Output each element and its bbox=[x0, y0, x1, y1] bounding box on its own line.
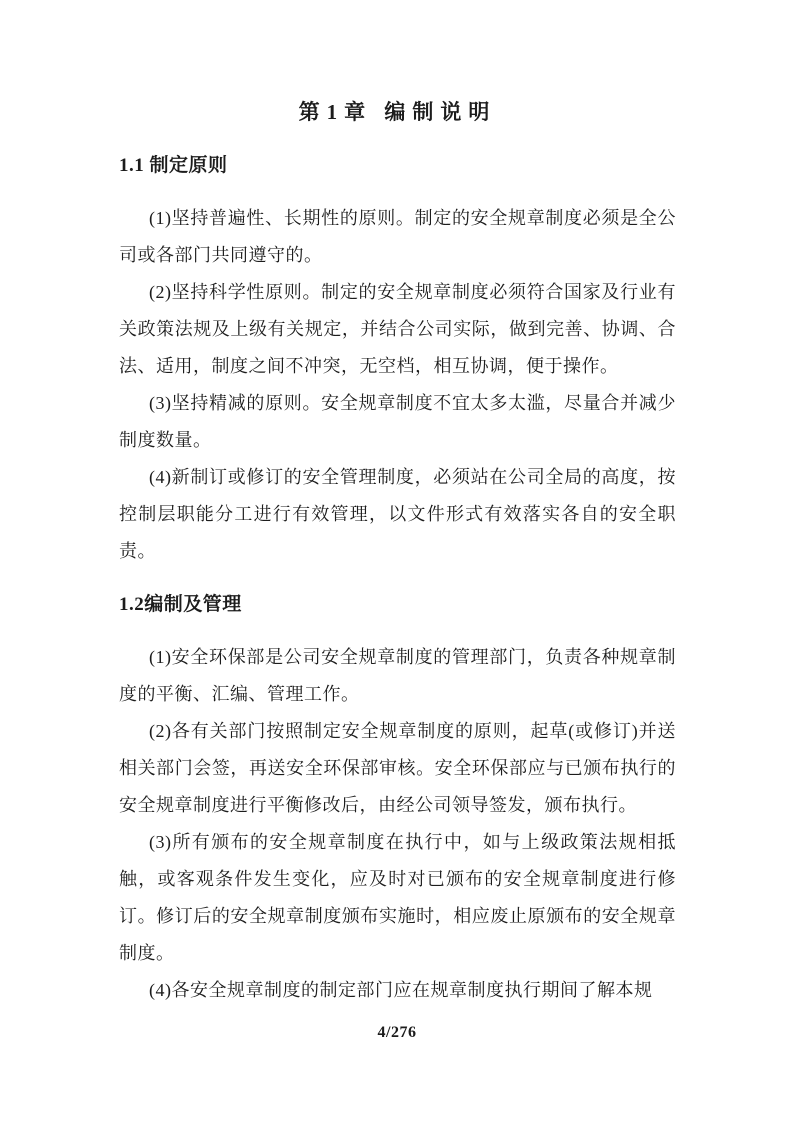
section-1-1: 1.1 制定原则 (1)坚持普遍性、长期性的原则。制定的安全规章制度必须是全公司… bbox=[119, 147, 676, 570]
page-number: 4/276 bbox=[378, 1024, 417, 1041]
paragraph: (2)各有关部门按照制定安全规章制度的原则，起草(或修订)并送相关部门会签，再送… bbox=[119, 713, 676, 824]
paragraph: (3)坚持精减的原则。安全规章制度不宜太多太滥，尽量合并减少制度数量。 bbox=[119, 385, 676, 459]
chapter-title: 第1章 编制说明 bbox=[119, 94, 676, 131]
paragraph: (1)坚持普遍性、长期性的原则。制定的安全规章制度必须是全公司或各部门共同遵守的… bbox=[119, 200, 676, 274]
document-page: 第1章 编制说明 1.1 制定原则 (1)坚持普遍性、长期性的原则。制定的安全规… bbox=[119, 94, 676, 1009]
paragraph: (2)坚持科学性原则。制定的安全规章制度必须符合国家及行业有关政策法规及上级有关… bbox=[119, 274, 676, 385]
paragraph: (3)所有颁布的安全规章制度在执行中，如与上级政策法规相抵触，或客观条件发生变化… bbox=[119, 824, 676, 972]
paragraph: (4)新制订或修订的安全管理制度，必须站在公司全局的高度，按控制层职能分工进行有… bbox=[119, 459, 676, 570]
section-heading-1-1: 1.1 制定原则 bbox=[119, 147, 676, 184]
section-heading-1-2: 1.2编制及管理 bbox=[119, 586, 676, 623]
paragraph: (1)安全环保部是公司安全规章制度的管理部门，负责各种规章制度的平衡、汇编、管理… bbox=[119, 639, 676, 713]
paragraph: (4)各安全规章制度的制定部门应在规章制度执行期间了解本规 bbox=[119, 972, 676, 1009]
section-1-2: 1.2编制及管理 (1)安全环保部是公司安全规章制度的管理部门，负责各种规章制度… bbox=[119, 586, 676, 1009]
page-footer: 4/276 bbox=[0, 1024, 794, 1042]
